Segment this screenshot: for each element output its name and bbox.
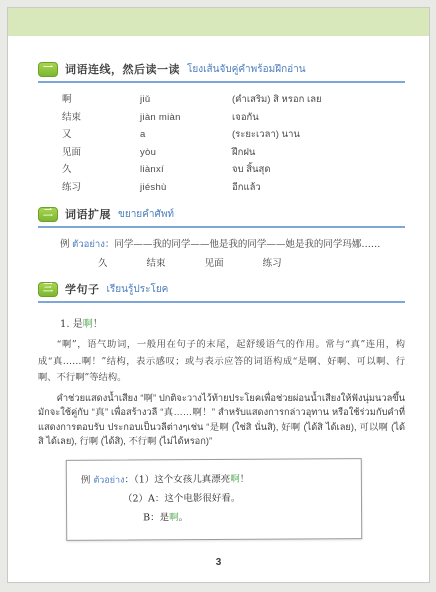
example-sentence-1-pre: （1）这个女孩儿真漂亮 [134,473,230,485]
book-page: 一 词语连线，然后读一读 โยงเส้นจับคู่คำพร้อมฝึกอ่าน… [7,7,430,583]
table-row: 又 a (ระยะเวลา) นาน [62,126,405,144]
expansion-example-line: 例 ตัวอย่าง：同学——我的同学——他是我的同学——她是我的同学玛娜…… [60,237,405,252]
practice-word: 练习 [263,255,282,269]
vocab-word: 又 [62,126,140,144]
vocab-pinyin: liànxí [140,161,232,179]
page-top-green-bar [8,8,429,36]
label-colon: ： [105,239,115,250]
vocab-meaning: (คำเสริม) สิ หรอก เลย [232,91,405,109]
section-one-title-thai: โยงเส้นจับคู่คำพร้อมฝึกอ่าน [187,62,306,77]
example-label-chinese: 例 [81,474,91,485]
vocab-word: 久 [62,161,140,179]
vocab-pinyin: yòu [140,144,232,162]
grammar-explanation-chinese: “啊”，语气助词，一般用在句子的末尾，起舒缓语气的作用。常与“真”连用，构成“真… [38,337,405,387]
example-sentence-3-highlight: 啊 [169,512,179,523]
vocab-meaning: จบ สิ้นสุด [232,161,405,179]
expansion-practice-words: 久 结束 见面 练习 [98,255,405,269]
example-label-thai: ตัวอย่าง [93,474,124,484]
label-colon: ： [124,474,134,485]
page-content: 一 词语连线，然后读一读 โยงเส้นจับคู่คำพร้อมฝึกอ่าน… [38,36,405,582]
vocab-pinyin: jiǔ [140,91,232,109]
table-row: 见面 yòu ฝึกฝน [62,144,405,162]
expansion-chain-text: 同学——我的同学——他是我的同学——她是我的同学玛娜…… [114,239,380,250]
section-three-title-chinese: 学句子 [65,281,100,297]
practice-word: 结束 [147,255,166,269]
vocab-meaning: ฝึกฝน [232,144,405,162]
example-box-line-2: （2）A：这个电影很好看。 [81,488,349,509]
practice-word: 久 [98,255,108,269]
vocab-pinyin: a [140,126,232,144]
example-sentence-1-post: ！ [240,473,250,484]
example-box: 例 ตัวอย่าง：（1）这个女孩儿真漂亮啊！ （2）A：这个电影很好看。 B… [66,458,362,541]
vocab-word: 练习 [62,179,140,197]
section-two-header: 二 词语扩展 ขยายคำศัพท์ [38,206,405,228]
item-suffix: ！ [93,319,103,330]
section-two-title-thai: ขยายคำศัพท์ [118,207,174,222]
table-row: 久 liànxí จบ สิ้นสุด [62,161,405,179]
item-prefix: 1. 是 [60,319,83,330]
grammar-explanation-thai: คำช่วยแสดงน้ำเสียง “啊” ปกติจะวางไว้ท้ายป… [38,391,405,449]
example-box-line-1: 例 ตัวอย่าง：（1）这个女孩儿真漂亮啊！ [81,469,349,490]
vocab-meaning: อีกแล้ว [232,179,405,197]
example-label-thai: ตัวอย่าง [72,239,105,250]
section-three-number-icon: 三 [38,282,58,297]
table-row: 结束 jiàn miàn เจอกัน [62,109,405,127]
vocab-meaning: (ระยะเวลา) นาน [232,126,405,144]
section-one-header: 一 词语连线，然后读一读 โยงเส้นจับคู่คำพร้อมฝึกอ่าน [38,61,405,83]
section-two-number-icon: 二 [38,207,58,222]
vocab-meaning: เจอกัน [232,109,405,127]
section-one-number-icon: 一 [38,62,58,77]
section-one-title-chinese: 词语连线，然后读一读 [65,61,180,77]
example-sentence-3-post: 。 [179,512,189,523]
vocab-word: 啊 [62,91,140,109]
section-three-header: 三 学句子 เรียนรู้ประโยค [38,281,405,303]
section-two-title-chinese: 词语扩展 [65,206,111,222]
vocab-matching-table: 啊 jiǔ (คำเสริม) สิ หรอก เลย 结束 jiàn miàn… [62,91,405,196]
vocab-pinyin: jiéshù [140,179,232,197]
item-highlight-char: 啊 [83,319,93,330]
sentence-study-item-title: 1. 是啊！ [60,315,405,330]
vocab-word: 结束 [62,109,140,127]
example-sentence-3-pre: B：是 [143,512,169,523]
vocab-pinyin: jiàn miàn [140,109,232,127]
practice-word: 见面 [205,255,224,269]
table-row: 练习 jiéshù อีกแล้ว [62,179,405,197]
vocab-word: 见面 [62,144,140,162]
page-number: 3 [8,557,429,568]
table-row: 啊 jiǔ (คำเสริม) สิ หรอก เลย [62,91,405,109]
example-label-chinese: 例 [60,239,70,250]
example-sentence-1-highlight: 啊 [230,473,240,484]
section-three-title-thai: เรียนรู้ประโยค [107,282,169,297]
example-box-line-3: B：是啊。 [81,507,349,528]
